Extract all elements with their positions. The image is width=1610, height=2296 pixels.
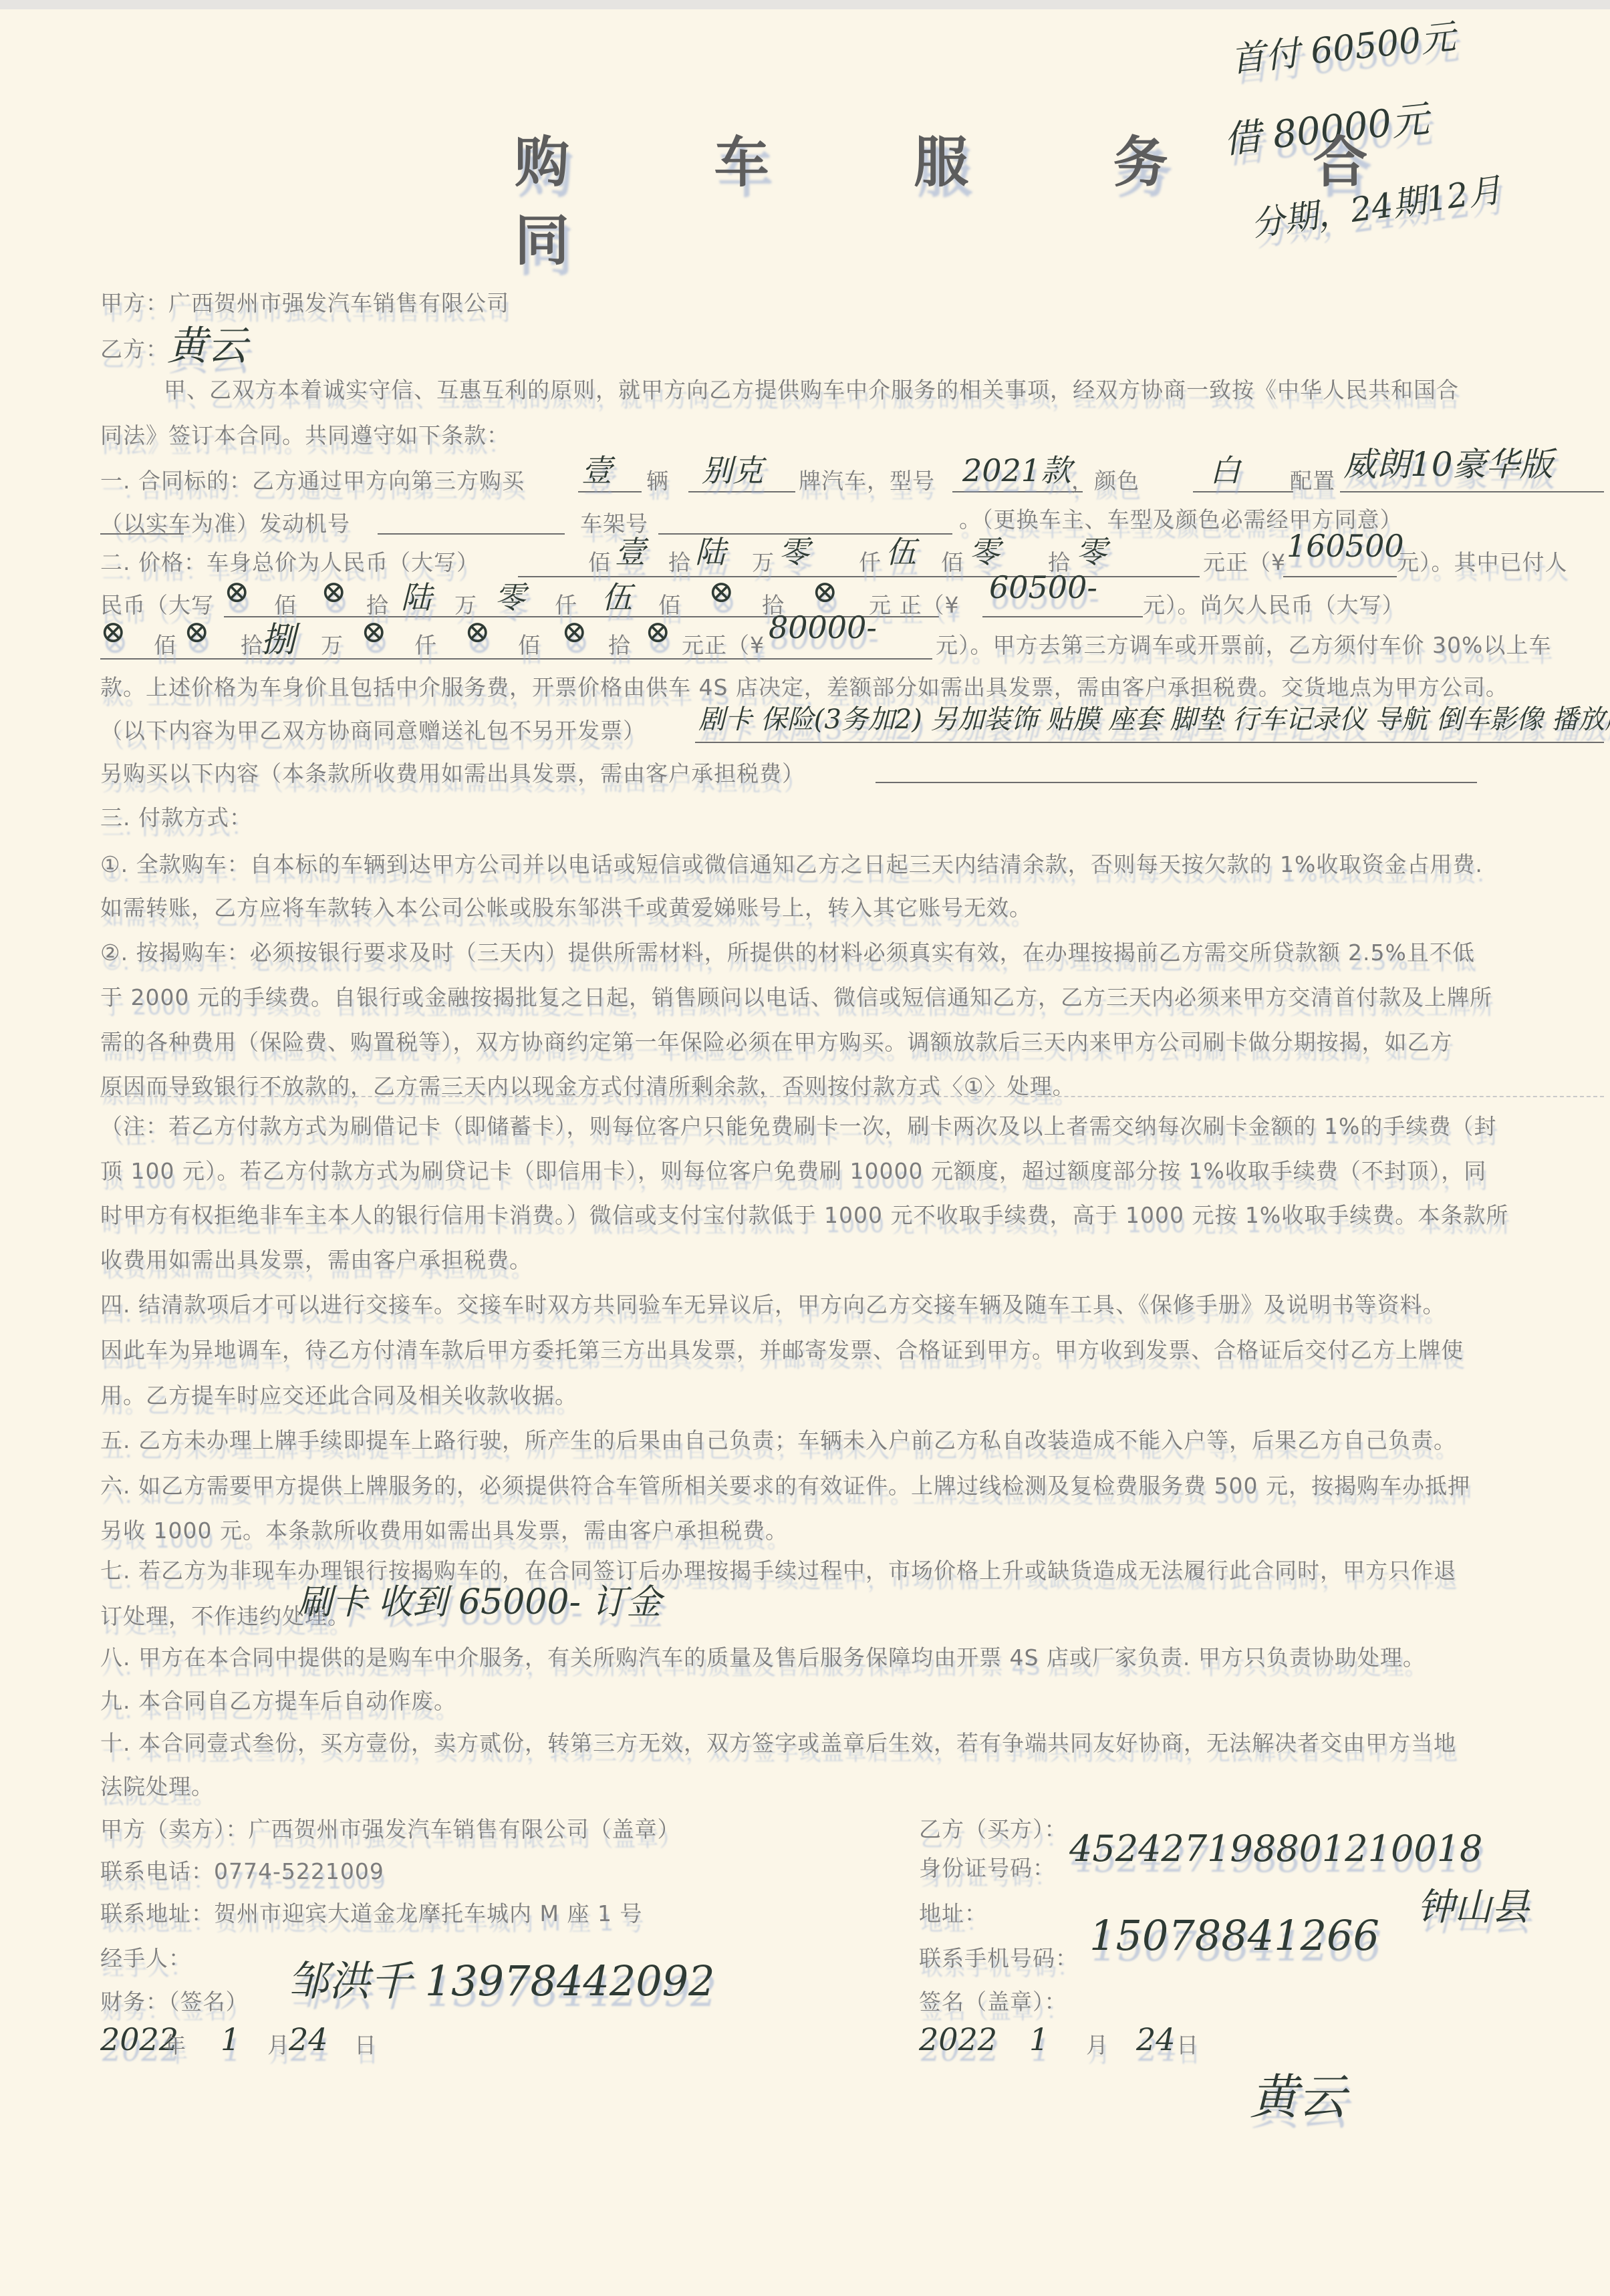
clause3-p2-line3: 需的各种费用（保险费、购置税等），双方协商约定第一年保险必须在甲方购买。调额放款… — [100, 1025, 1453, 1056]
gift-label: （以下内容为甲乙双方协商同意赠送礼包不另开发票） — [100, 714, 646, 745]
unit-label: 万 — [321, 628, 344, 660]
buyer-phone-hand: 15078841266 — [1089, 1911, 1379, 1960]
deposit-note-hand: 刷卡 收到 65000- 订金 — [297, 1574, 662, 1624]
agent-label: 经手人： — [100, 1941, 191, 1973]
clause1-color-label: ，颜色 — [1071, 464, 1139, 495]
paid-digit-hand: ⊗ — [812, 573, 838, 609]
intro-line-1: 甲、乙双方本着诚实守信、互惠互利的原则，就甲方向乙方提供购车中介服务的相关事项，… — [164, 373, 1459, 404]
total-digit-hand: 伍 — [886, 528, 916, 572]
buyer-date-month-label: 月 — [1086, 2028, 1109, 2059]
seller-label: 甲方（卖方）：广西贺州市强发汽车销售有限公司（盖章） — [100, 1812, 680, 1844]
paid-digit-hand: 零 — [495, 573, 525, 617]
unit-label: 仟 — [859, 545, 882, 577]
seller-date-month-hand: 1 — [221, 2021, 240, 2057]
seller-address: 贺州市迎宾大道金龙摩托车城内 M 座 1 号 — [214, 1900, 642, 1926]
clause3-note-line1: （注：若乙方付款方式为刷借记卡（即储蓄卡），则每位客户只能免费刷卡一次，刷卡两次… — [100, 1109, 1496, 1141]
clause1-prefix: 一. 合同标的：乙方通过甲方向第三方购买 — [100, 464, 525, 495]
total-yuan-label: 元正（¥ — [1203, 545, 1286, 577]
clause9: 九. 本合同自乙方提车后自动作废。 — [100, 1684, 456, 1715]
seller-date-month-label: 月 — [267, 2028, 290, 2059]
party-a-line: 甲方：广西贺州市强发汽车销售有限公司 — [100, 286, 509, 317]
clause3-p1-line1: ①. 全款购车：自本标的车辆到达甲方公司并以电话或短信或微信通知乙方之日起三天内… — [100, 847, 1483, 879]
total-amount-hand: 160500 — [1287, 528, 1404, 564]
clause3-heading: 三. 付款方式： — [100, 801, 252, 832]
clause3-p1-line2: 如需转账，乙方应将车款转入本公司公帐或股东邹洪千或黄爱娣账号上，转入其它账号无效… — [100, 891, 1032, 922]
owed-yuan-label: 元正（¥ — [682, 628, 765, 660]
buyer-signature-hand: 黄云 — [1250, 2058, 1346, 2128]
clause4-line3: 用。乙方提车时应交还此合同及相关收款收据。 — [100, 1379, 577, 1410]
party-a-name: 广西贺州市强发汽车销售有限公司 — [168, 290, 509, 316]
paid-amount-hand: 60500- — [989, 569, 1097, 605]
clause1-qty-hand: 壹 — [581, 446, 612, 490]
clause1-unit: 辆 — [646, 464, 669, 495]
owed-digit-hand: ⊗ — [464, 613, 491, 650]
owed-suffix: 元）。甲方去第三方调车或开票前，乙方须付车价 30%以上车 — [936, 628, 1551, 660]
party-a-label: 甲方： — [100, 290, 168, 316]
unit-label: 拾 — [668, 545, 691, 577]
seller-date-day-hand: 24 — [289, 2021, 328, 2057]
total-suffix: 元）。其中已付人 — [1397, 545, 1568, 577]
page-title: 购 车 服 务 合 同 — [515, 119, 1610, 275]
buyer-address-hand: 钟山县 — [1417, 1878, 1529, 1931]
clause3-p2-line1: ②. 按揭购车：必须按银行要求及时（三天内）提供所需材料，所提供的材料必须真实有… — [100, 936, 1475, 967]
clause3-note-line3: 时甲方有权拒绝非车主本人的银行信用卡消费。）微信或支付宝付款低于 1000 元不… — [100, 1198, 1508, 1230]
clause6-line2: 另收 1000 元。本条款所收费用如需出具发票，需由客户承担税费。 — [100, 1514, 788, 1545]
unit-label: 拾 — [241, 628, 263, 660]
paid-digit-hand: ⊗ — [224, 573, 250, 609]
scan-edge — [0, 0, 1610, 9]
total-digit-hand: 陆 — [695, 528, 726, 572]
clause3-note-line2: 顶 100 元）。若乙方付款方式为刷贷记卡（即信用卡），则每位客户免费刷 100… — [100, 1154, 1486, 1185]
finance-label: 财务：（签名） — [100, 1985, 249, 2016]
price-note: 款。上述价格为车身价且包括中介服务费，开票价格由供车 4S 店决定，差额部分如需… — [100, 670, 1508, 702]
clause1-brand-hand: 别克 — [702, 446, 763, 490]
buyer-date-day-hand: 24 — [1136, 2021, 1176, 2057]
unit-label: 佰 — [518, 628, 541, 660]
buyer-label: 乙方（买方）： — [919, 1812, 1067, 1844]
clause1-color-hand: 白 — [1210, 446, 1240, 490]
paid-yuan-label: 元 正（¥ — [869, 588, 960, 619]
paid-digit-hand: 陆 — [401, 573, 432, 617]
total-digit-hand: 壹 — [615, 528, 646, 572]
total-digit-hand: 零 — [1076, 528, 1107, 572]
buyer-date-month-hand: 1 — [1029, 2021, 1049, 2057]
unit-label: 仟 — [414, 628, 437, 660]
party-b-name-hand: 黄云 — [167, 314, 247, 372]
clause5: 五. 乙方未办理上牌手续即提车上路行驶，所产生的后果由自己负责；车辆未入户前乙方… — [100, 1423, 1456, 1455]
owed-digit-hand: ⊗ — [184, 613, 210, 650]
owed-digit-hand: ⊗ — [361, 613, 387, 650]
owed-amount-hand: 80000- — [769, 609, 877, 645]
owed-digit-hand: 捌 — [261, 611, 295, 662]
seller-phone-label: 联系电话： — [100, 1858, 214, 1884]
total-digit-hand: 零 — [969, 528, 1000, 572]
buyer-date-year-hand: 2022 — [919, 2021, 997, 2057]
seller-address-line: 联系地址：贺州市迎宾大道金龙摩托车城内 M 座 1 号 — [100, 1896, 642, 1928]
buyer-id-hand: 452427198801210018 — [1069, 1828, 1482, 1870]
seller-date-day-label: 日 — [354, 2028, 377, 2059]
unit-label: 佰 — [941, 545, 964, 577]
owed-digit-hand: ⊗ — [645, 613, 671, 650]
seller-phone: 0774-5221009 — [214, 1858, 384, 1884]
clause10-line1: 十. 本合同壹式叁份，买方壹份，卖方贰份，转第三方无效，双方签字或盖章后生效，若… — [100, 1726, 1456, 1757]
party-b-label: 乙方： — [100, 332, 168, 364]
intro-line-2: 同法》签订本合同。共同遵守如下条款： — [100, 418, 509, 450]
buyer-id-label: 身份证号码： — [919, 1851, 1055, 1882]
buyer-phone-label: 联系手机号码： — [919, 1941, 1078, 1973]
clause6-line1: 六. 如乙方需要甲方提供上牌服务的，必须提供符合车管所相关要求的有效证件。上牌过… — [100, 1469, 1470, 1500]
extra-purchase-label: 另购买以下内容（本条款所收费用如需出具发票，需由客户承担税费） — [100, 756, 805, 788]
unit-label: 佰 — [154, 628, 176, 660]
clause1-config-hand: 威朗10豪华版 — [1343, 438, 1553, 486]
clause2-prefix: 二. 价格：车身总价为人民币（大写） — [100, 545, 479, 577]
seller-date-year-label: 年 — [164, 2028, 186, 2059]
total-digit-hand: 零 — [779, 528, 809, 572]
unit-label: 万 — [752, 545, 775, 577]
clause10-line2: 法院处理。 — [100, 1769, 214, 1801]
buyer-sign-label: 签名（盖章）： — [919, 1985, 1067, 2016]
paid-suffix: 元）。尚欠人民币（大写） — [1143, 588, 1405, 619]
paid-digit-hand: ⊗ — [321, 573, 347, 609]
clause1-config-label: 配置 — [1290, 464, 1335, 495]
buyer-address-label: 地址： — [919, 1896, 987, 1928]
clause4-line2: 因此车为异地调车，待乙方付清车款后甲方委托第三方出具发票，并邮寄发票、合格证到甲… — [100, 1333, 1464, 1365]
agent-signature-hand: 邹洪千 13978442092 — [287, 1948, 715, 2007]
owed-digit-hand: ⊗ — [100, 613, 126, 650]
clause4-line1: 四. 结清款项后才可以进行交接车。交接车时双方共同验车无异议后，甲方向乙方交接车… — [100, 1288, 1445, 1319]
gift-contents-hand: 剧卡 保险(3务加2) 另加装饰 贴膜 座套 脚垫 行车记录仪 导航 倒车影像 … — [698, 698, 1610, 736]
clause3-p2-line2: 于 2000 元的手续费。自银行或金融按揭批复之日起，销售顾问以电话、微信或短信… — [100, 980, 1492, 1012]
paid-digit-hand: ⊗ — [708, 573, 734, 609]
clause8: 八. 甲方在本合同中提供的是购车中介服务，有关所购汽车的质量及售后服务保障均由开… — [100, 1640, 1426, 1672]
paid-digit-hand: 伍 — [601, 573, 632, 617]
seller-address-label: 联系地址： — [100, 1900, 214, 1926]
buyer-date-day-label: 日 — [1176, 2028, 1199, 2059]
owed-digit-hand: ⊗ — [561, 613, 587, 650]
clause1-model-hand: 2021款 — [962, 446, 1071, 490]
clause3-note-line4: 收费用如需出具发票，需由客户承担税费。 — [100, 1243, 532, 1274]
unit-label: 佰 — [588, 545, 611, 577]
clause1-brand-suffix: 牌汽车，型号 — [799, 464, 935, 495]
unit-label: 拾 — [608, 628, 631, 660]
note-down-payment: 首付 60500元 — [1228, 9, 1458, 82]
seller-phone-line: 联系电话：0774-5221009 — [100, 1854, 384, 1886]
